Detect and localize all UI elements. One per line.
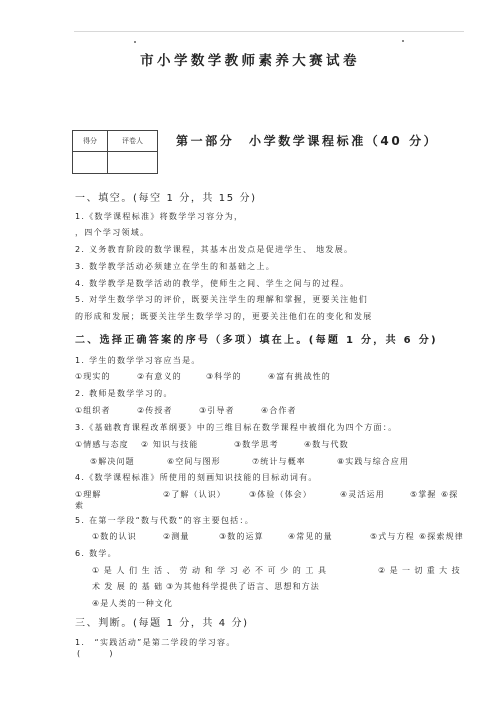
- question-stem: 5. 在第一学段“数与代数”的容主要包括：。: [75, 515, 254, 526]
- question-stem: 1. 学生的数学学习容应当是。: [75, 355, 201, 366]
- answer-blank[interactable]: ( ): [77, 648, 114, 659]
- option: ⑤掌握: [410, 489, 436, 500]
- option: ② 知识与技能: [141, 439, 198, 450]
- part-heading: 第一部分 小学数学课程标准（40 分）: [176, 132, 438, 149]
- option: ⑤解决问题: [90, 456, 135, 467]
- section-1-heading: 一、填空。(每空 1 分，共 15 分): [75, 189, 257, 204]
- fill-line: 2. 义务教育阶段的数学课程，其基本出发点是促进学生、 地发展。: [75, 244, 353, 255]
- fill-line: 1.《数学课程标准》将数学学习容分为，: [75, 211, 243, 222]
- option: ①情感与态度: [75, 439, 129, 450]
- option: ③引导者: [199, 405, 235, 416]
- option: ②了解（认识）: [163, 489, 226, 500]
- option: ④常见的量: [288, 531, 333, 542]
- option: ④灵活运用: [340, 489, 385, 500]
- score-table: 得分 评卷人: [72, 130, 158, 174]
- question-stem: 2. 教师是数学学习的。: [75, 388, 173, 399]
- option: ①理解: [75, 489, 101, 500]
- score-header: 得分: [73, 131, 108, 152]
- option-wrap: 索: [75, 500, 84, 511]
- section-3-heading: 三、判断。(每题 1 分，共 4 分): [75, 614, 249, 629]
- option: ②传授者: [137, 405, 173, 416]
- margin-mark: [134, 41, 136, 43]
- fill-line: 的形成和发展；既要关注学生数学学习的，更要关注他们在的变化和发展: [75, 311, 373, 322]
- option: 术发展的基础: [92, 581, 166, 592]
- question-stem: 6. 数学。: [75, 548, 117, 559]
- option: ⑥探: [441, 489, 458, 500]
- option: ⑥探索规律: [419, 531, 464, 542]
- option: ⑧实践与综合应用: [337, 456, 409, 467]
- option: ①数的认识: [92, 531, 137, 542]
- option: ⑥空间与图形: [167, 456, 221, 467]
- option: ④是人类的一种文化: [92, 598, 173, 609]
- margin-mark: [402, 40, 404, 42]
- option: ⑤式与方程: [370, 531, 415, 542]
- question-stem: 3.《基础教育课程改革纲要》中的三维目标在数学课程中被细化为四个方面：。: [75, 422, 397, 433]
- score-cell[interactable]: [73, 152, 108, 174]
- option: ①组织者: [75, 405, 111, 416]
- exam-title: 市小学数学教师素养大赛试卷: [0, 49, 500, 69]
- option: ④富有挑战性的: [268, 371, 331, 382]
- option: ④数与代数: [304, 439, 349, 450]
- header-rule: [74, 31, 464, 32]
- option: ②测量: [163, 531, 189, 542]
- option: ②是一切重大技: [378, 565, 464, 576]
- grader-cell[interactable]: [108, 152, 158, 174]
- question-stem: 4.《数学课程标准》所使用的刻画知识技能的目标动词有。: [75, 472, 318, 483]
- option: ③数的运算: [219, 531, 264, 542]
- option: ④合作者: [261, 405, 297, 416]
- fill-line: 3. 数学教学活动必须建立在学生的和基础之上。: [75, 261, 275, 272]
- fill-line: 4. 数学教学是数学活动的教学，使师生之间、学生之间与的过程。: [75, 278, 349, 289]
- section-2-heading: 二、选择正确答案的序号（多项）填在上。(每题 1 分，共 6 分): [75, 331, 438, 346]
- option: ⑦统计与概率: [252, 456, 306, 467]
- option: ①是人们生活、劳动和学习必不可少的工具: [92, 565, 331, 576]
- option: ③数学思考: [234, 439, 279, 450]
- grader-header: 评卷人: [108, 131, 158, 152]
- option: ③为其他科学提供了语言、思想和方法: [166, 581, 320, 592]
- question-stem: 1. “实践活动”是第二学段的学习容。: [75, 637, 236, 648]
- option: ①现实的: [75, 371, 111, 382]
- option: ③科学的: [206, 371, 242, 382]
- option: ③体验（体会）: [249, 489, 312, 500]
- fill-line: 5. 对学生数学学习的评价，既要关注学生的理解和掌握，更要关注他们: [75, 294, 368, 305]
- option: ②有意义的: [137, 371, 182, 382]
- fill-line: ，四个学习领域。: [75, 227, 149, 238]
